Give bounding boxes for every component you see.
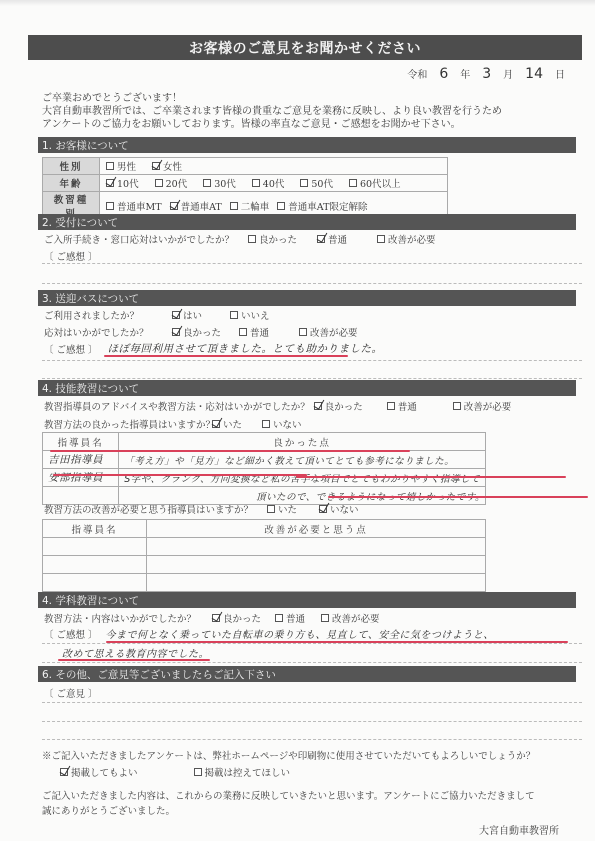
- improve-instructor-yes-option[interactable]: いた: [267, 502, 297, 516]
- option-label: 60代以上: [360, 176, 401, 190]
- reception-comment-label: 〔 ご感想 〕: [44, 249, 98, 263]
- option-label: 普通車AT: [181, 199, 222, 213]
- checkbox[interactable]: [194, 768, 202, 776]
- checkbox-checked[interactable]: [212, 614, 220, 622]
- option-label: 改善が必要: [464, 399, 512, 413]
- comment-line[interactable]: [42, 263, 582, 264]
- age-20s-option[interactable]: 20代: [155, 176, 188, 190]
- red-underline-highlight: [50, 450, 410, 452]
- bus-used-question: ご利用されましたか？: [44, 308, 172, 322]
- option-label: 掲載してもよい: [71, 765, 138, 779]
- table-row: [43, 556, 486, 574]
- column-header-good-points: 良かった点: [119, 433, 486, 451]
- checkbox-checked[interactable]: [172, 311, 180, 319]
- red-underline-highlight: [53, 474, 307, 476]
- instructor-name[interactable]: 吉田指導員: [43, 451, 119, 469]
- age-label: 年齢: [43, 175, 100, 192]
- course-at-option[interactable]: 普通車AT: [170, 199, 222, 213]
- checkbox-checked[interactable]: [314, 402, 322, 410]
- gender-row: 性別 男性 女性: [43, 158, 448, 175]
- checkbox-checked[interactable]: [152, 162, 160, 170]
- classroom-normal-option[interactable]: 普通: [275, 611, 305, 625]
- reception-question: ご入所手続き・窓口応対はいかがでしたか？: [44, 232, 234, 246]
- checkbox[interactable]: [377, 235, 385, 243]
- good-instructor-no-option[interactable]: いない: [262, 417, 302, 431]
- checkbox-checked[interactable]: [172, 328, 180, 336]
- comment-line[interactable]: [42, 360, 582, 361]
- bus-service-improve-option[interactable]: 改善が必要: [299, 325, 358, 339]
- checkbox-checked[interactable]: [212, 420, 220, 428]
- checkbox[interactable]: [267, 505, 275, 513]
- column-header-improve-points: 改善が必要と思う点: [147, 520, 486, 538]
- option-label: 10代: [117, 176, 139, 190]
- bus-used-yes-option[interactable]: はい: [172, 308, 202, 322]
- date-day-unit: 日: [555, 66, 565, 81]
- comment-line[interactable]: [42, 702, 582, 703]
- section-header-other-comments: 6. その他、ご意見等ございましたらご記入下さい: [38, 666, 576, 682]
- option-label: 男性: [117, 159, 136, 173]
- option-label: 40代: [263, 176, 285, 190]
- red-underline-highlight: [296, 476, 566, 478]
- comment-line[interactable]: [42, 643, 582, 644]
- date: 令和 6 年 3 月 14 日: [407, 66, 565, 82]
- good-instructor-row: 教習方法の良かった指導員はいますか？ いた いない: [44, 417, 318, 431]
- checkbox[interactable]: [252, 179, 260, 187]
- improve-point-text[interactable]: [147, 574, 486, 592]
- instructor-name[interactable]: [43, 574, 147, 592]
- good-instructor-table: 指導員名 良かった点 吉田指導員 「考え方」や「見方」など細かく教えて頂いてとて…: [42, 432, 486, 505]
- good-point-text[interactable]: 「考え方」や「見方」など細かく教えて頂いてとても参考になりました。: [119, 451, 486, 469]
- bus-service-row: 応対はいかがでしたか？ 良かった 普通 改善が必要: [44, 325, 374, 339]
- advice-good-option[interactable]: 良かった: [314, 399, 363, 413]
- age-50s-option[interactable]: 50代: [300, 176, 333, 190]
- option-label: 普通: [398, 399, 417, 413]
- instructor-name[interactable]: [43, 538, 147, 556]
- bus-used-no-option[interactable]: いいえ: [230, 308, 270, 322]
- good-instructor-yes-option[interactable]: いた: [212, 417, 242, 431]
- classroom-comment-handwritten-line2[interactable]: 改めて思える教育内容でした。: [62, 645, 209, 660]
- advice-improve-option[interactable]: 改善が必要: [453, 399, 512, 413]
- improve-instructor-row: 教習方法の改善が必要と思う指導員はいますか？ いた いない: [44, 502, 375, 516]
- instructor-name[interactable]: [43, 556, 147, 574]
- bus-used-row: ご利用されましたか？ はい いいえ: [44, 308, 286, 322]
- closing-line: ご記入いただきました内容は、これからの業務に反映していきたいと思います。アンケー…: [42, 789, 582, 804]
- age-30s-option[interactable]: 30代: [203, 176, 236, 190]
- checkbox-checked[interactable]: [170, 202, 178, 210]
- red-underline-highlight: [104, 355, 348, 357]
- section-header-customer: 1. お客様について: [38, 137, 576, 153]
- classroom-comment-handwritten[interactable]: 今まで何となく乗っていた自転車の乗り方も、見直して、安全に気をつけようと、: [106, 626, 494, 641]
- column-header-instructor: 指導員名: [43, 433, 119, 451]
- intro-text: ご卒業おめでとうございます！ 大宮自動車教習所では、ご卒業されます皆様の貴重なご…: [42, 92, 582, 131]
- intro-line: 大宮自動車教習所では、ご卒業されます皆様の貴重なご意見を業務に反映し、より良い教…: [42, 105, 582, 118]
- option-label: 30代: [214, 176, 236, 190]
- course-mt-option[interactable]: 普通車MT: [106, 199, 162, 213]
- option-label: 普通車MT: [117, 199, 162, 213]
- option-label: いいえ: [241, 308, 270, 322]
- bus-service-normal-option[interactable]: 普通: [239, 325, 269, 339]
- checkbox[interactable]: [387, 402, 395, 410]
- gender-male-option[interactable]: 男性: [106, 159, 136, 173]
- checkbox[interactable]: [106, 162, 114, 170]
- other-comment-label: 〔 ご意見 〕: [44, 686, 98, 700]
- option-label: 20代: [166, 176, 188, 190]
- reception-normal-option[interactable]: 普通: [317, 232, 347, 246]
- checkbox[interactable]: [349, 179, 357, 187]
- bus-comment-row: 〔 ご感想 〕 ほぼ毎回利用させて頂きました。とても助かりました。: [44, 341, 383, 356]
- customer-profile-table: 性別 男性 女性 年齢 10代 20代 30代 40代 50代 60代以上 教習…: [42, 157, 448, 221]
- age-row: 年齢 10代 20代 30代 40代 50代 60代以上: [43, 175, 448, 192]
- option-label: 普通車AT限定解除: [288, 199, 367, 213]
- red-underline-highlight: [328, 496, 588, 498]
- table-row: [43, 538, 486, 556]
- classroom-comment-label: 〔 ご感想 〕: [44, 627, 98, 641]
- option-label: 女性: [163, 159, 182, 173]
- table-row: [43, 574, 486, 592]
- reception-improve-option[interactable]: 改善が必要: [377, 232, 436, 246]
- checkbox[interactable]: [239, 328, 247, 336]
- classroom-comment-row: 〔 ご感想 〕 今まで何となく乗っていた自転車の乗り方も、見直して、安全に気をつ…: [44, 626, 494, 641]
- option-label: 普通: [286, 611, 305, 625]
- checkbox[interactable]: [321, 614, 329, 622]
- gender-label: 性別: [43, 158, 100, 175]
- publication-consent-question: ※ご記入いただきましたアンケートは、弊社ホームページや印刷物に使用させていただい…: [42, 748, 535, 762]
- improve-point-text[interactable]: [147, 556, 486, 574]
- good-instructor-question: 教習方法の良かった指導員はいますか？: [44, 417, 212, 431]
- reception-good-option[interactable]: 良かった: [248, 232, 297, 246]
- option-label: 普通: [328, 232, 347, 246]
- checkbox[interactable]: [106, 202, 114, 210]
- bus-comment-label: 〔 ご感想 〕: [44, 342, 98, 356]
- date-day: 14: [519, 66, 549, 82]
- bus-service-good-option[interactable]: 良かった: [172, 325, 221, 339]
- age-60s-plus-option[interactable]: 60代以上: [349, 176, 401, 190]
- course-at-limit-removal-option[interactable]: 普通車AT限定解除: [277, 199, 367, 213]
- comment-line[interactable]: [42, 283, 582, 284]
- table-row: 吉田指導員 「考え方」や「見方」など細かく教えて頂いてとても参考になりました。: [43, 451, 486, 469]
- instructor-advice-row: 教習指導員のアドバイスや教習方法・応対はいかがでしたか？ 良かった 普通 改善が…: [44, 399, 527, 413]
- closing-line: 誠にありがとうございました。: [42, 804, 582, 819]
- classroom-question: 教習方法・内容はいかがでしたか？: [44, 611, 212, 625]
- instructor-name[interactable]: 安部指導員: [43, 469, 119, 487]
- intro-line: ご卒業おめでとうございます！: [42, 92, 582, 105]
- age-10s-option[interactable]: 10代: [106, 176, 139, 190]
- course-motorcycle-option[interactable]: 二輪車: [230, 199, 270, 213]
- instructor-advice-question: 教習指導員のアドバイスや教習方法・応対はいかがでしたか？: [44, 399, 310, 413]
- option-label: 普通: [250, 325, 269, 339]
- option-label: いない: [273, 417, 302, 431]
- option-label: 良かった: [259, 232, 297, 246]
- classroom-improve-option[interactable]: 改善が必要: [321, 611, 380, 625]
- section-header-driving-lessons: 4. 技能教習について: [38, 380, 576, 396]
- checkbox[interactable]: [262, 420, 270, 428]
- option-label: 50代: [311, 176, 333, 190]
- bus-service-question: 応対はいかがでしたか？: [44, 325, 172, 339]
- checkbox[interactable]: [275, 614, 283, 622]
- gender-female-option[interactable]: 女性: [152, 159, 182, 173]
- improve-instructor-question: 教習方法の改善が必要と思う指導員はいますか？: [44, 502, 253, 516]
- checkbox[interactable]: [299, 328, 307, 336]
- section-header-shuttle-bus: 3. 送迎バスについて: [38, 290, 576, 306]
- option-label: いた: [278, 502, 297, 516]
- improve-instructor-no-option[interactable]: いない: [319, 502, 359, 516]
- red-underline-highlight: [58, 659, 210, 661]
- age-40s-option[interactable]: 40代: [252, 176, 285, 190]
- date-year-unit: 年: [460, 66, 470, 81]
- column-header-instructor: 指導員名: [43, 520, 147, 538]
- checkbox[interactable]: [155, 179, 163, 187]
- option-label: 良かった: [223, 611, 261, 625]
- checkbox-checked[interactable]: [106, 179, 114, 187]
- comment-line[interactable]: [42, 739, 582, 740]
- option-label: 改善が必要: [310, 325, 358, 339]
- option-label: 改善が必要: [388, 232, 436, 246]
- checkbox-checked[interactable]: [60, 768, 68, 776]
- classroom-question-row: 教習方法・内容はいかがでしたか？ 良かった 普通 改善が必要: [44, 611, 396, 625]
- option-label: 二輪車: [241, 199, 270, 213]
- closing-message: ご記入いただきました内容は、これからの業務に反映していきたいと思います。アンケー…: [42, 789, 582, 819]
- school-name: 大宮自動車教習所: [479, 822, 559, 837]
- option-label: いた: [223, 417, 242, 431]
- option-label: はい: [183, 308, 202, 322]
- scan-edge: [0, 0, 595, 6]
- bus-comment-handwritten[interactable]: ほぼ毎回利用させて頂きました。とても助かりました。: [108, 341, 383, 356]
- improve-point-text[interactable]: [147, 538, 486, 556]
- advice-normal-option[interactable]: 普通: [387, 399, 417, 413]
- date-year: 6: [433, 66, 454, 82]
- date-month-unit: 月: [503, 66, 513, 81]
- page-title: お客様のご意見をお聞かせください: [28, 35, 582, 60]
- comment-line[interactable]: [42, 662, 582, 663]
- checkbox[interactable]: [453, 402, 461, 410]
- checkbox[interactable]: [300, 179, 308, 187]
- comment-line[interactable]: [42, 721, 582, 722]
- option-label: 良かった: [183, 325, 221, 339]
- checkbox-checked[interactable]: [319, 505, 327, 513]
- reception-question-row: ご入所手続き・窓口応対はいかがでしたか？ 良かった 普通 改善が必要: [44, 232, 452, 246]
- checkbox[interactable]: [277, 202, 285, 210]
- comment-line[interactable]: [42, 378, 582, 379]
- consent-decline-option[interactable]: 掲載は控えてほしい: [194, 765, 291, 779]
- option-label: いない: [330, 502, 359, 516]
- classroom-good-option[interactable]: 良かった: [212, 611, 261, 625]
- option-label: 改善が必要: [332, 611, 380, 625]
- option-label: 良かった: [325, 399, 363, 413]
- date-era: 令和: [407, 66, 427, 81]
- publication-consent-row: 掲載してもよい 掲載は控えてほしい: [60, 765, 306, 779]
- intro-line: アンケートのご協力をお願いしております。皆様の率直なご意見・ご感想をお聞かせ下さ…: [42, 118, 582, 131]
- checkbox[interactable]: [230, 202, 238, 210]
- checkbox[interactable]: [203, 179, 211, 187]
- checkbox[interactable]: [230, 311, 238, 319]
- checkbox[interactable]: [248, 235, 256, 243]
- consent-allow-option[interactable]: 掲載してもよい: [60, 765, 138, 779]
- improve-instructor-table: 指導員名 改善が必要と思う点: [42, 519, 486, 592]
- checkbox-checked[interactable]: [317, 235, 325, 243]
- option-label: 掲載は控えてほしい: [205, 765, 291, 779]
- section-header-reception: 2. 受付について: [38, 214, 576, 230]
- date-month: 3: [476, 66, 497, 82]
- section-header-classroom-lessons: 4. 学科教習について: [38, 592, 576, 608]
